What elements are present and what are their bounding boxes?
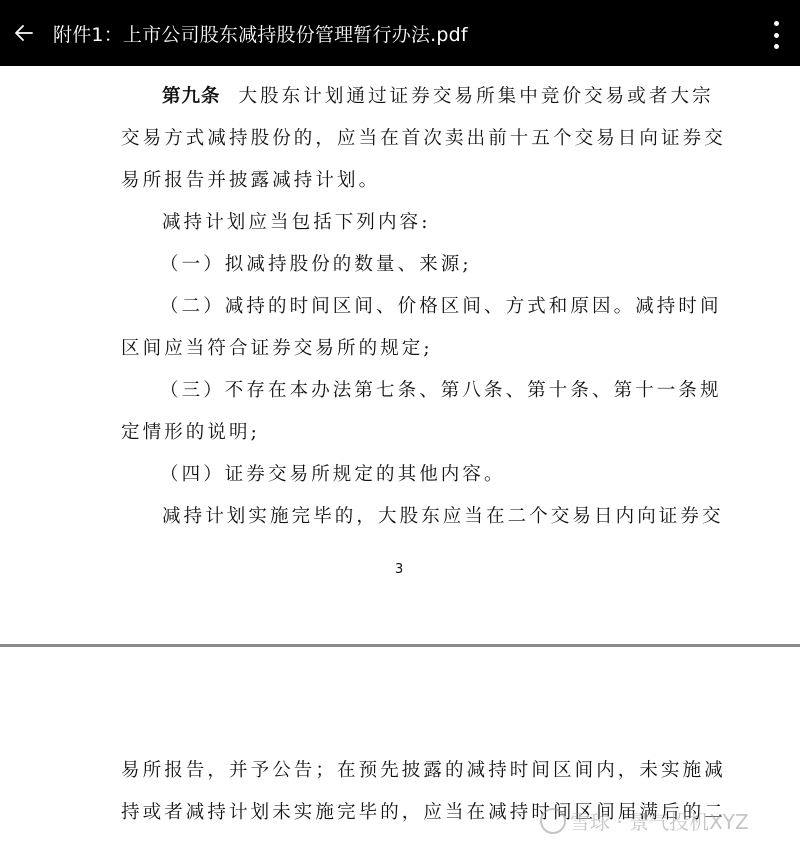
text-line: 易所报告，并予公告；在预先披露的减持时间区间内，未实施减 (121, 756, 726, 782)
app-toolbar: 附件1：上市公司股东减持股份管理暂行办法.pdf (0, 0, 800, 66)
list-item: （四）证券交易所规定的其他内容。 (160, 460, 506, 486)
page-number: 3 (395, 562, 403, 577)
text-line: 减持计划应当包括下列内容: (162, 208, 431, 234)
text-line: 区间应当符合证券交易所的规定; (121, 334, 433, 360)
pdf-page-3: 第九条 大股东计划通过证券交易所集中竞价交易或者大宗 交易方式减持股份的，应当在… (0, 66, 800, 644)
watermark: 雪球 · 景气投机XYZ (540, 806, 749, 835)
list-item: （二）减持的时间区间、价格区间、方式和原因。减持时间 (160, 292, 722, 318)
text-line: 减持计划实施完毕的，大股东应当在二个交易日内向证券交 (162, 502, 724, 528)
snowball-logo-icon (540, 808, 566, 834)
list-item: （一）拟减持股份的数量、来源; (160, 250, 472, 276)
text-line: 易所报告并披露减持计划。 (121, 166, 380, 192)
document-title: 附件1：上市公司股东减持股份管理暂行办法.pdf (53, 20, 468, 47)
page-divider (0, 644, 800, 647)
article-line: 第九条 大股东计划通过证券交易所集中竞价交易或者大宗 (162, 82, 714, 108)
more-vertical-icon (774, 33, 779, 38)
arrow-left-icon (12, 21, 36, 45)
list-item: （三）不存在本办法第七条、第八条、第十条、第十一条规 (160, 376, 722, 402)
article-label: 第九条 (162, 86, 221, 107)
text-line: 定情形的说明; (121, 418, 260, 444)
more-options-button[interactable] (766, 21, 786, 49)
back-button[interactable] (0, 9, 48, 57)
text-line: 交易方式减持股份的，应当在首次卖出前十五个交易日向证券交 (121, 124, 726, 150)
more-vertical-icon (774, 44, 779, 49)
more-vertical-icon (774, 21, 779, 26)
